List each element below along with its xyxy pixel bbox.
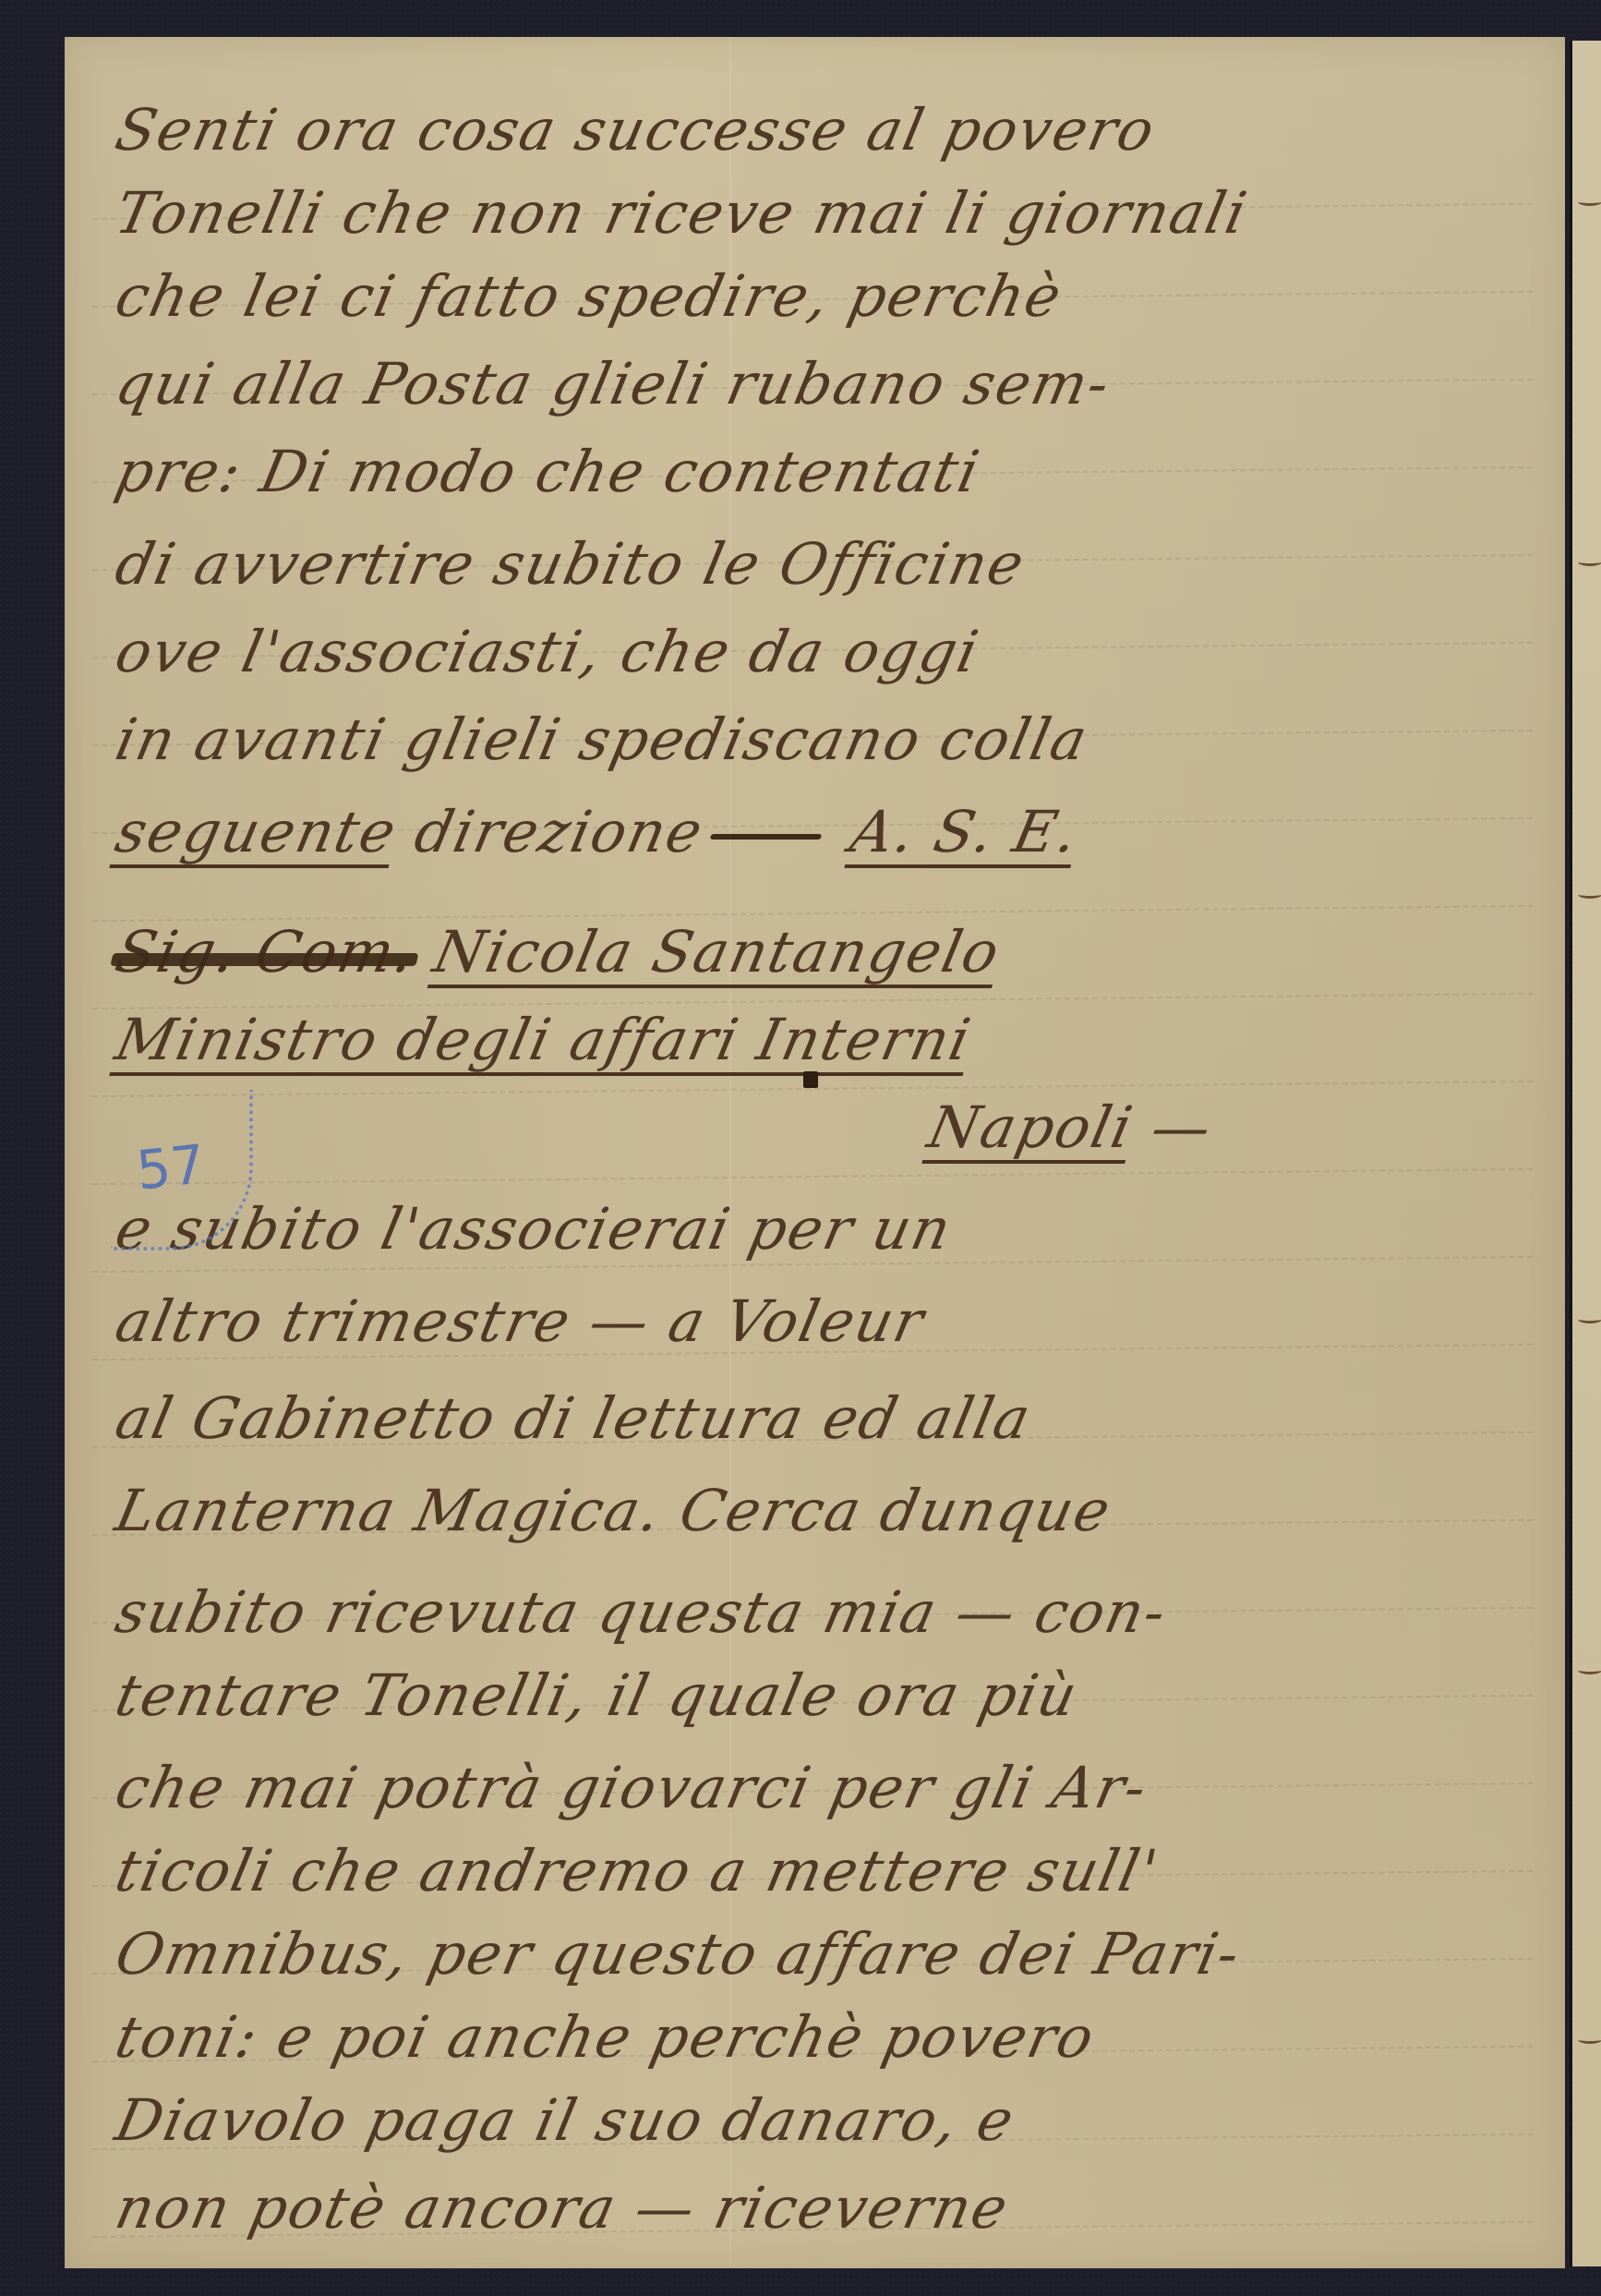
- letter-line-18: tentare Tonelli, il quale ora più: [111, 1667, 1526, 1724]
- dash-mark: [710, 834, 822, 840]
- letter-line-15: al Gabinetto di lettura ed alla: [111, 1390, 1526, 1447]
- folio-number-mark: 57: [120, 1108, 259, 1247]
- struck-out-title: Sig. Com.: [111, 924, 421, 981]
- addressee-honorific: A. S. E.: [845, 798, 1085, 865]
- letter-line-14: altro trimestre — a Voleur: [111, 1293, 1526, 1350]
- ink-blot: [803, 1071, 818, 1088]
- letter-line-21: Omnibus, per questo affare dei Pari-: [111, 1926, 1526, 1983]
- letter-line-4: qui alla Posta glieli rubano sem-: [111, 356, 1526, 413]
- letter-line-6: di avvertire subito le Officine: [111, 536, 1526, 593]
- letter-line-19: che mai potrà giovarci per gli Ar-: [111, 1759, 1526, 1817]
- letter-line-22: toni: e poi anche perchè povero: [111, 2009, 1526, 2066]
- addressee-city: Napoli: [922, 1094, 1139, 1161]
- letter-line-24: non potè ancora — riceverne: [111, 2180, 1526, 2237]
- letter-line-20: ticoli che andremo a mettere sull': [111, 1843, 1526, 1900]
- letter-line-16: Lanterna Magica. Cerca dunque: [111, 1482, 1526, 1540]
- letter-line-17: subito ricevuta questa mia — con-: [111, 1584, 1526, 1641]
- letter-line-5: pre: Di modo che contentati: [111, 443, 1526, 501]
- letter-line-9-address-intro: seguente direzione A. S. E.: [111, 804, 1526, 861]
- letter-line-10-addressee: Sig. Com. Nicola Santangelo: [111, 924, 1526, 981]
- letter-line-11-title: Ministro degli affari Interni: [111, 1011, 1526, 1069]
- letter-line-13: e subito l'associerai per un: [111, 1201, 1526, 1258]
- folio-number: 57: [134, 1132, 209, 1202]
- letter-line-3: che lei ci fatto spedire, perchè: [111, 268, 1526, 325]
- addressee-name: Nicola Santangelo: [427, 918, 1006, 985]
- letter-line-2: Tonelli che non riceve mai li giornali: [111, 185, 1526, 242]
- underlined-seguente: seguente: [110, 798, 403, 865]
- letter-line-8: in avanti glieli spediscano colla: [111, 711, 1526, 768]
- letter-line-23: Diavolo paga il suo danaro, e: [111, 2092, 1526, 2149]
- letter-line-7: ove l'associasti, che da oggi: [111, 623, 1526, 681]
- adjacent-page-edge: [1570, 41, 1601, 2266]
- letter-line-12-city: Napoli —: [923, 1099, 1489, 1156]
- letter-line-1: Senti ora cosa successe al povero: [111, 102, 1526, 159]
- addressee-title: Ministro degli affari Interni: [110, 1006, 978, 1073]
